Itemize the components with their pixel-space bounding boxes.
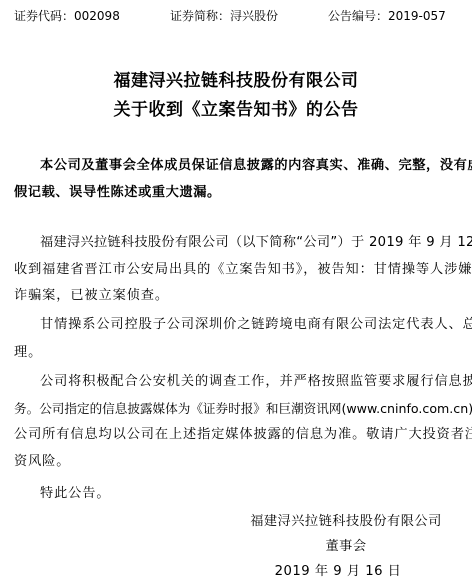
title-company: 福建浔兴拉链科技股份有限公司 — [0, 70, 472, 92]
statement-line-2: 假记载、误导性陈述或重大遗漏。 — [14, 184, 221, 202]
signature-date: 2019 年 9 月 16 日 — [238, 563, 438, 581]
notice-no-label: 公告编号： — [328, 9, 388, 23]
signature-board: 董事会 — [246, 538, 446, 556]
paragraph-1-line-3: 诈骗案，已被立案侦查。 — [14, 287, 169, 305]
stock-code: 证券代码：002098 — [14, 8, 120, 24]
paragraph-3-line-3: 公司所有信息均以公司在上述指定媒体披露的信息为准。敬请广大投资者注意投 — [14, 426, 472, 444]
stock-code-label: 证券代码： — [14, 9, 74, 23]
notice-number: 公告编号：2019-057 — [328, 8, 446, 24]
paragraph-2-line-1: 甘情操系公司控股子公司深圳价之链跨境电商有限公司法定代表人、总经 — [40, 316, 472, 334]
paragraph-3-line-4: 资风险。 — [14, 453, 70, 471]
stock-abbr-value: 浔兴股份 — [230, 9, 278, 23]
paragraph-1-line-1: 福建浔兴拉链科技股份有限公司（以下简称“公司”）于 2019 年 9 月 12 … — [40, 234, 472, 252]
paragraph-2-line-2: 理。 — [14, 344, 42, 362]
closing-text: 特此公告。 — [40, 485, 110, 503]
paragraph-1-line-2: 收到福建省晋江市公安局出具的《立案告知书》，被告知：甘情操等人涉嫌合同 — [14, 261, 472, 279]
paragraph-3-line-1: 公司将积极配合公安机关的调查工作，并严格按照监管要求履行信息披露义 — [40, 373, 472, 391]
notice-no-value: 2019-057 — [388, 9, 446, 23]
stock-code-value: 002098 — [74, 9, 120, 23]
signature-company: 福建浔兴拉链科技股份有限公司 — [246, 513, 446, 531]
title-subject: 关于收到《立案告知书》的公告 — [0, 99, 472, 121]
paragraph-3-line-2: 务。公司指定的信息披露媒体为《证券时报》和巨潮资讯网(www.cninfo.co… — [14, 400, 472, 418]
stock-abbreviation: 证券简称：浔兴股份 — [170, 8, 278, 24]
stock-abbr-label: 证券简称： — [170, 9, 230, 23]
statement-line-1: 本公司及董事会全体成员保证信息披露的内容真实、准确、完整，没有虚 — [40, 157, 472, 175]
